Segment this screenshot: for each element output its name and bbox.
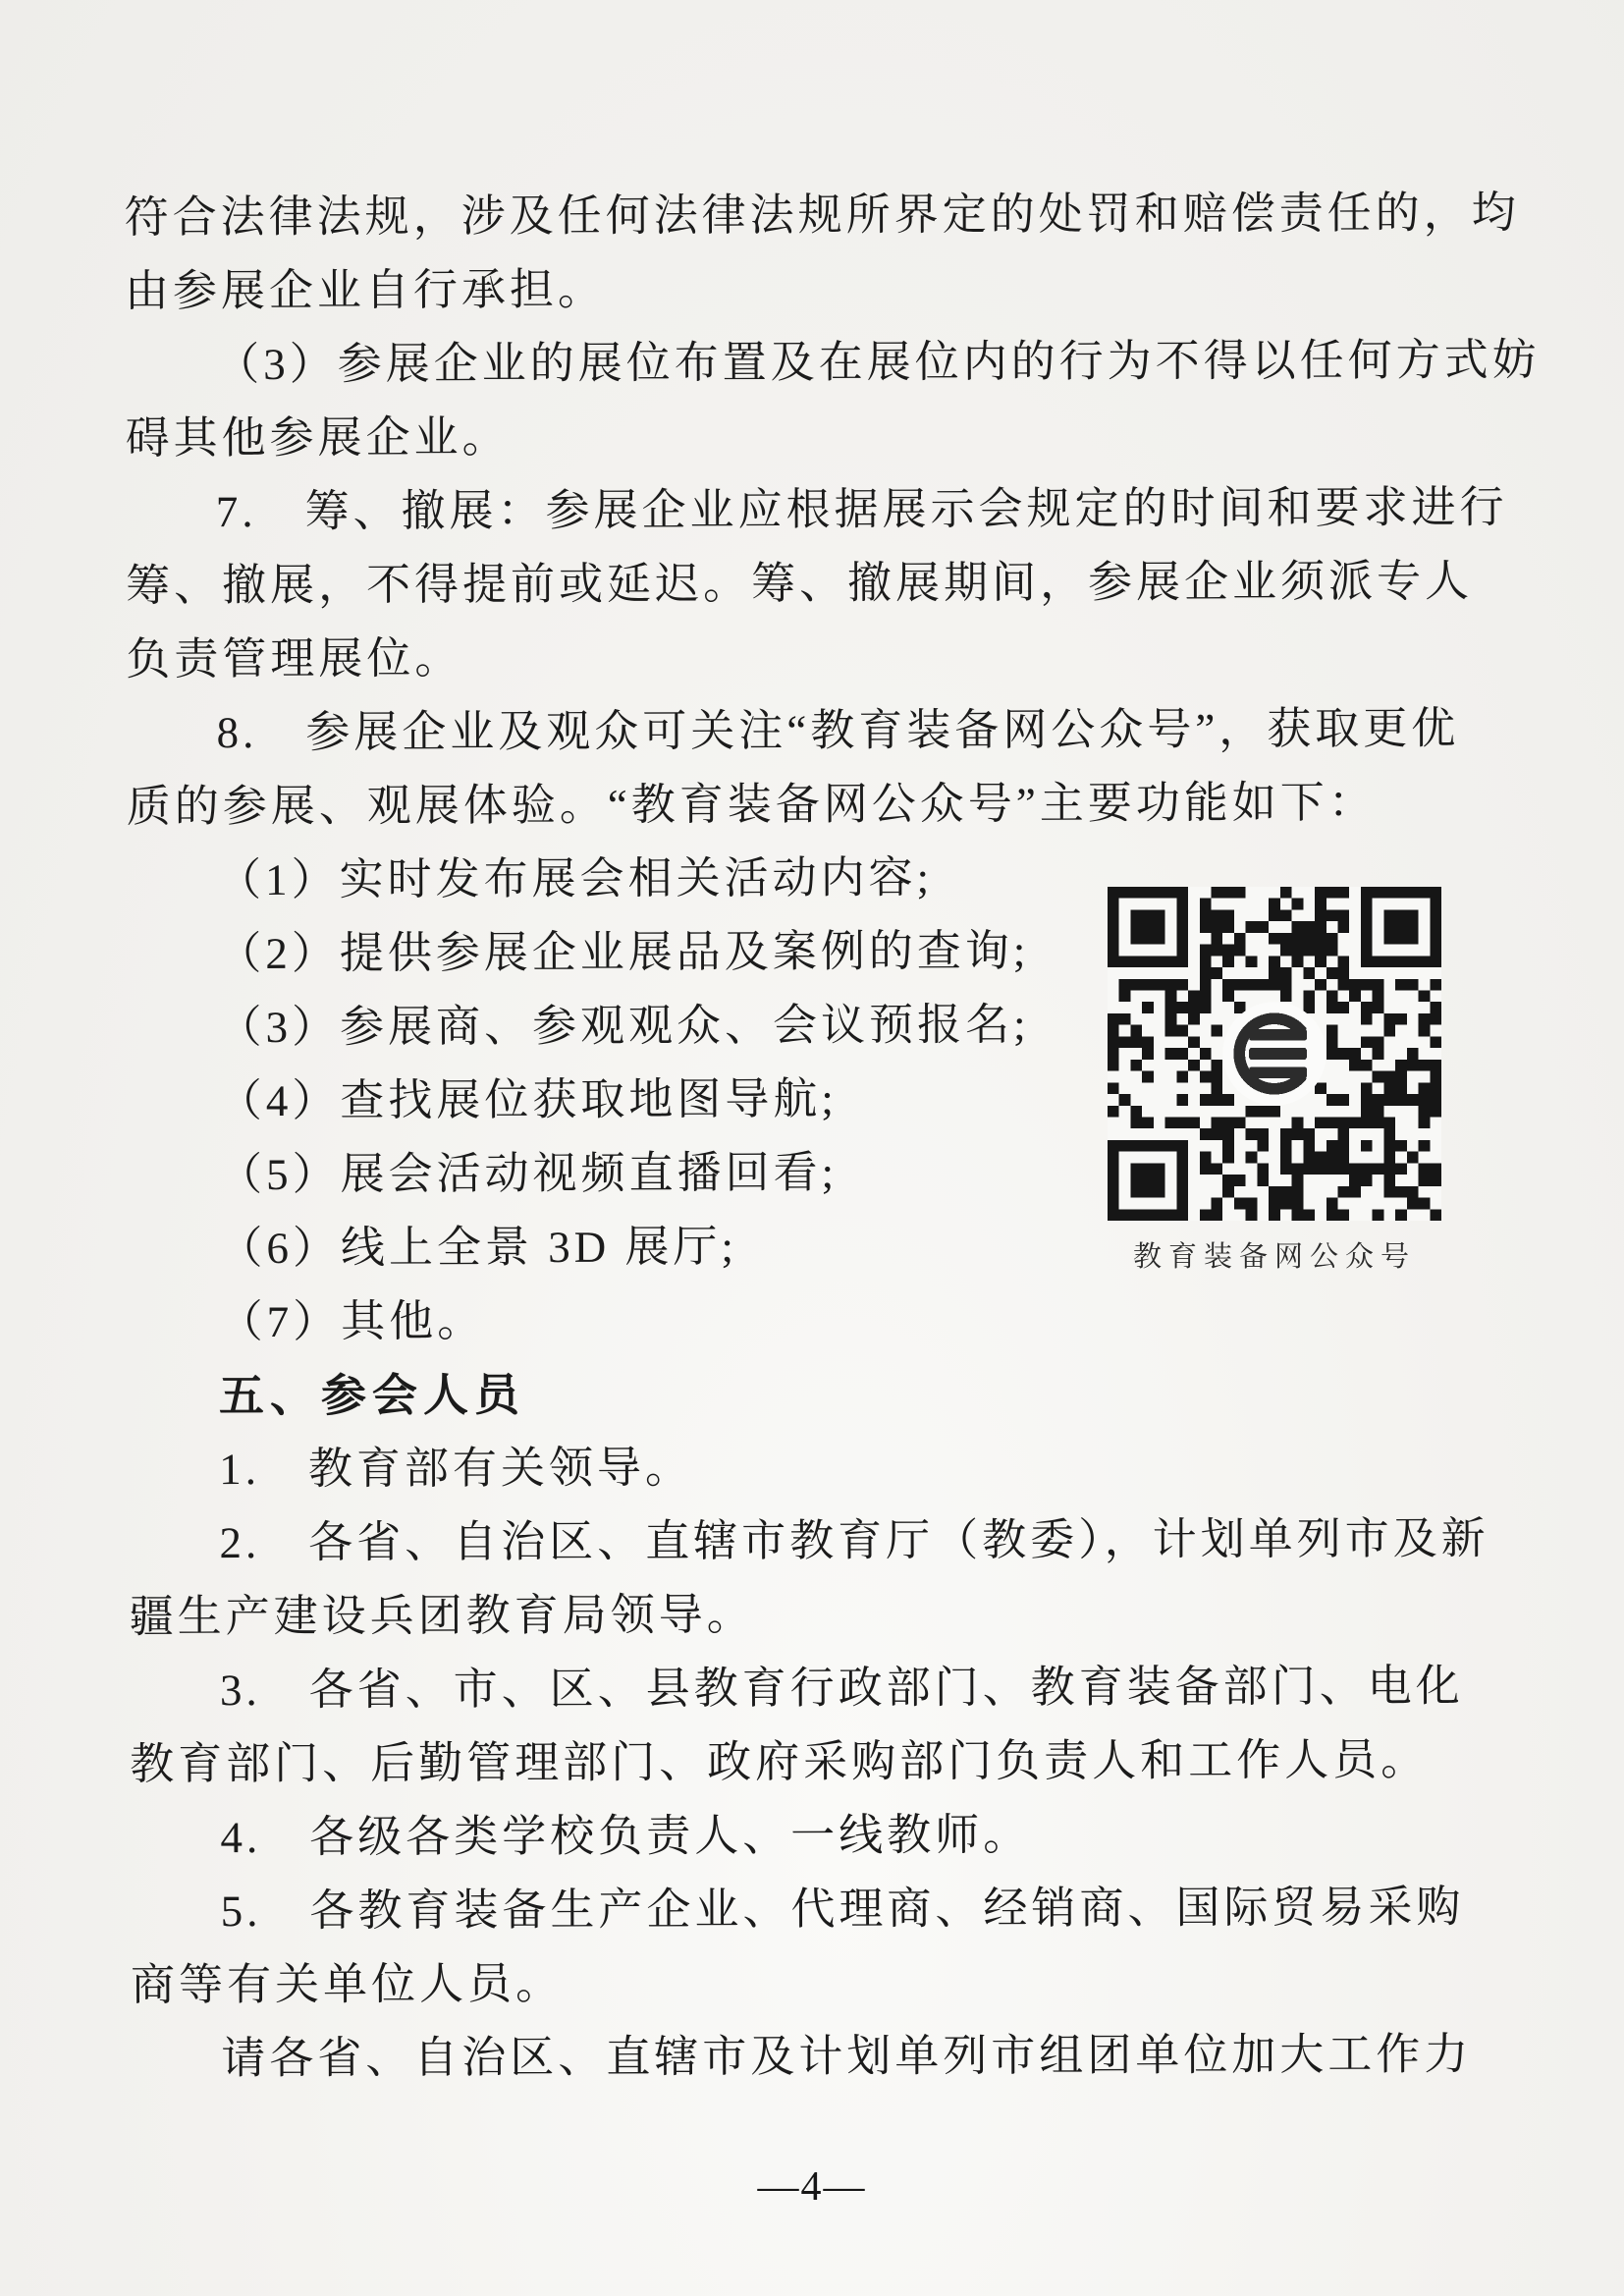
text-line: （3）参展企业的展位布置及在展位内的行为不得以任何方式妨 (125, 324, 1499, 403)
text-line: 符合法律法规，涉及任何法律法规所界定的处罚和赔偿责任的，均 (125, 177, 1499, 255)
text-line: 由参展企业自行承担。 (125, 250, 1499, 329)
document-page: 符合法律法规，涉及任何法律法规所界定的处罚和赔偿责任的，均由参展企业自行承担。（… (0, 0, 1624, 2296)
text-line: 筹、撤展，不得提前或延迟。筹、撤展期间，参展企业须派专人 (126, 545, 1500, 624)
qr-code (1108, 887, 1441, 1221)
text-line: 教育部门、后勤管理部门、政府采购部门负责人和工作人员。 (130, 1723, 1504, 1802)
text-line: 3. 各省、市、区、县教育行政部门、教育装备部门、电化 (130, 1650, 1504, 1728)
text-line: 1. 教育部有关领导。 (129, 1429, 1503, 1507)
text-line: 商等有关单位人员。 (131, 1944, 1505, 2023)
page-number: —4— (0, 2163, 1624, 2211)
text-line: 8. 参展企业及观众可关注“教育装备网公众号”，获取更优 (126, 692, 1500, 771)
qr-caption: 教育装备网公众号 (1108, 1234, 1441, 1275)
text-line: 质的参展、观展体验。“教育装备网公众号”主要功能如下： (127, 766, 1501, 845)
text-line: （7）其他。 (129, 1282, 1503, 1360)
qr-code-block: 教育装备网公众号 (1108, 887, 1441, 1275)
text-line: 5. 各教育装备生产企业、代理商、经销商、国际贸易采购 (131, 1871, 1505, 1949)
section-heading: 五、参会人员 (129, 1355, 1503, 1434)
text-line: 负责管理展位。 (126, 619, 1500, 697)
text-line: 碍其他参展企业。 (125, 398, 1499, 476)
text-line: 疆生产建设兵团教育局领导。 (130, 1576, 1504, 1655)
text-line: 7. 筹、撤展：参展企业应根据展示会规定的时间和要求进行 (126, 471, 1500, 550)
text-line: 请各省、自治区、直辖市及计划单列市组团单位加大工作力 (131, 2018, 1505, 2097)
text-line: 2. 各省、自治区、直辖市教育厅（教委），计划单列市及新 (129, 1503, 1503, 1581)
text-line: 4. 各级各类学校负责人、一线教师。 (130, 1797, 1504, 1876)
